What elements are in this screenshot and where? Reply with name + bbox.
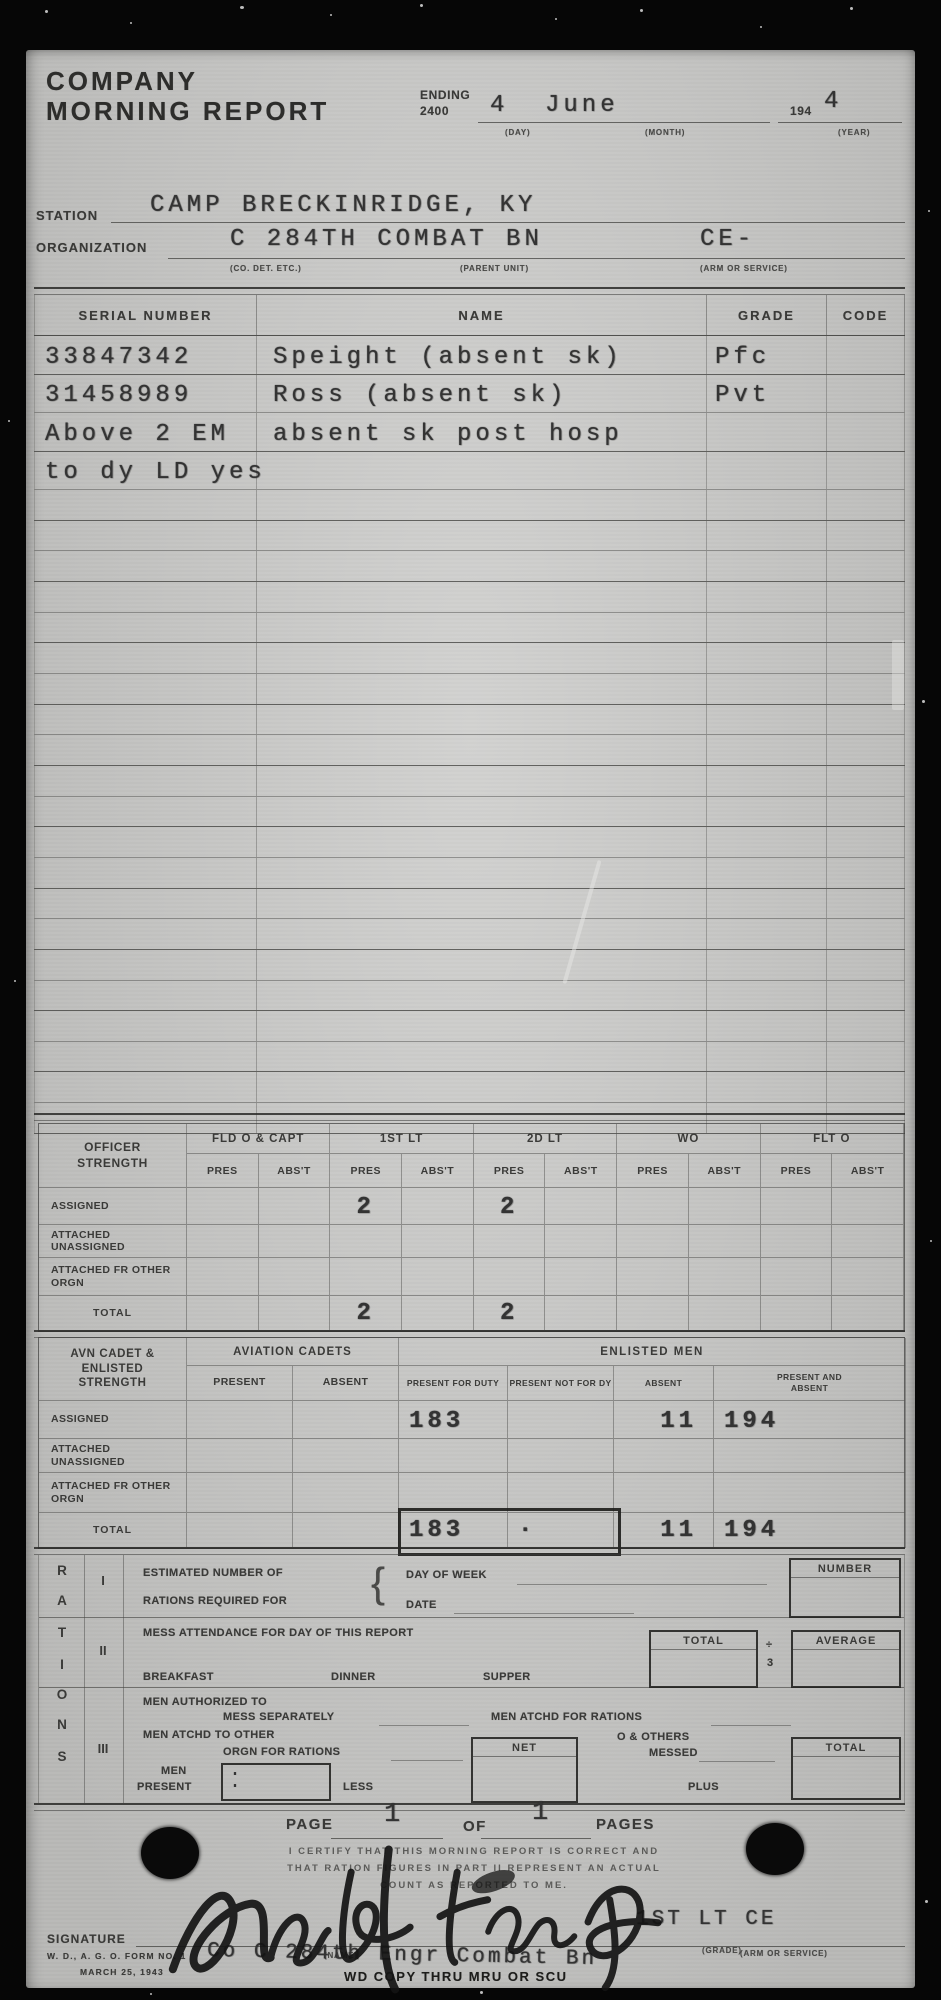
handwritten-signature	[155, 1840, 678, 1999]
messed-line	[699, 1761, 775, 1762]
header-double-rule	[34, 287, 905, 295]
parent-unit-label: (PARENT UNIT)	[460, 264, 529, 273]
roster-cell-grade	[707, 413, 827, 451]
officer-cell	[402, 1258, 474, 1296]
officer-group-header: WO	[617, 1124, 760, 1154]
rations-side-letter: A	[49, 1593, 75, 1608]
officer-cell	[689, 1225, 761, 1258]
orgn-for-rations-line	[391, 1760, 463, 1761]
men-atchd-rations-line	[711, 1725, 791, 1726]
rations-side-letter: O	[49, 1687, 75, 1702]
men-atchd-rations-label: MEN ATCHD FOR RATIONS	[491, 1711, 642, 1723]
arm-or-service-label: (ARM OR SERVICE)	[740, 1949, 828, 1958]
roster-cell-code	[827, 452, 905, 490]
officer-cell	[617, 1188, 689, 1225]
officer-cell	[402, 1225, 474, 1258]
enlisted-cell: 183	[399, 1401, 508, 1439]
mess-attendance-title: MESS ATTENDANCE FOR DAY OF THIS REPORT	[143, 1627, 414, 1639]
rations-side-letter: S	[49, 1749, 75, 1764]
enlisted-cell	[187, 1439, 293, 1473]
roster-empty-row	[34, 735, 905, 766]
enlisted-cell	[399, 1473, 508, 1513]
enlisted-cell: 11	[614, 1513, 714, 1548]
enlisted-cell	[187, 1401, 293, 1439]
roster-cell-code	[827, 858, 905, 888]
roster-cell-grade	[707, 613, 827, 643]
enlisted-cell	[293, 1473, 399, 1513]
officer-subheader: ABS'T	[832, 1154, 904, 1188]
film-speckle	[922, 700, 925, 703]
divide-sign: ÷	[766, 1639, 772, 1651]
roster-cell-name	[257, 582, 707, 612]
roster-cell-name	[257, 858, 707, 888]
roster-empty-row	[34, 827, 905, 858]
roster-cell-name	[257, 735, 707, 765]
enlisted-row-label: ATTACHED FR OTHER ORGN	[39, 1473, 187, 1513]
date-month-value: June	[545, 92, 619, 119]
roster-cell-serial	[34, 766, 257, 796]
roster-cell-name	[257, 950, 707, 980]
typed-entry: Pfc	[707, 344, 770, 374]
roster-cell-name: absent sk post hosp	[257, 413, 707, 451]
officer-cell	[259, 1296, 331, 1331]
average-box-label: AVERAGE	[793, 1632, 899, 1650]
rations-total-label: TOTAL	[793, 1739, 899, 1757]
form-date: MARCH 25, 1943	[80, 1967, 164, 1977]
roster-cell-code	[827, 766, 905, 796]
form-title-line1: COMPANY	[46, 66, 198, 97]
signature-label: SIGNATURE	[47, 1932, 126, 1946]
roster-cell-serial	[34, 1042, 257, 1072]
officer-subheader: PRES	[761, 1154, 833, 1188]
col-serial-number: SERIAL NUMBER	[78, 308, 212, 323]
number-box-label: NUMBER	[791, 1560, 899, 1578]
roster-cell-serial: 31458989	[34, 375, 257, 413]
roster-body: 33847342Speight (absent sk)Pfc31458989Ro…	[34, 336, 905, 1134]
film-speckle	[640, 9, 643, 12]
rations-total-box: TOTAL	[791, 1737, 901, 1800]
film-speckle	[240, 6, 244, 9]
officer-cell	[402, 1296, 474, 1331]
roster-cell-name	[257, 766, 707, 796]
organization-arm-value: CE-	[700, 226, 755, 253]
day-label: (DAY)	[505, 128, 530, 137]
enlisted-cell	[614, 1473, 714, 1513]
officer-row-label: ATTACHED FR OTHER ORGN	[39, 1258, 187, 1296]
roster-cell-serial	[34, 919, 257, 949]
film-speckle	[130, 22, 132, 24]
roster-cell-grade	[707, 1042, 827, 1072]
officer-cell	[689, 1258, 761, 1296]
roster-empty-row	[34, 889, 905, 920]
officer-cell: 2	[330, 1296, 402, 1331]
enlisted-cell: 194	[714, 1401, 906, 1439]
rations-numeral-3: III	[87, 1741, 119, 1756]
roster-cell-grade	[707, 1011, 827, 1041]
roster-cell-name	[257, 705, 707, 735]
mess-separately-label: MESS SEPARATELY	[223, 1711, 335, 1723]
men-atchd-other-line: MEN ATCHD TO OTHER	[143, 1729, 275, 1741]
roster-cell-code	[827, 1011, 905, 1041]
officer-subheader: PRES	[617, 1154, 689, 1188]
roster-empty-row	[34, 521, 905, 552]
roster-empty-row	[34, 582, 905, 613]
rations-col-line2	[123, 1555, 124, 1803]
arm-service-label: (ARM OR SERVICE)	[700, 264, 788, 273]
roster-cell-code	[827, 797, 905, 827]
roster-empty-row	[34, 551, 905, 582]
roster-cell-code	[827, 1072, 905, 1102]
roster-cell-grade	[707, 551, 827, 581]
roster-cell-name	[257, 1011, 707, 1041]
roster-cell-name	[257, 1042, 707, 1072]
typed-entry: 31458989	[35, 382, 192, 412]
roster-empty-row	[34, 1072, 905, 1103]
year-typed: 4	[824, 88, 842, 115]
col-name: NAME	[458, 308, 504, 323]
officer-cell	[832, 1296, 904, 1331]
messed-label: MESSED	[649, 1747, 698, 1759]
roster-cell-grade	[707, 490, 827, 520]
enlisted-cell	[293, 1401, 399, 1439]
typed-entry: Above 2 EM	[35, 421, 229, 451]
officer-cell	[689, 1188, 761, 1225]
typed-entry: ·	[518, 1517, 536, 1547]
officer-group-header: 1ST LT	[330, 1124, 473, 1154]
organization-underline	[168, 258, 905, 259]
year-underline	[778, 122, 902, 123]
rations-top-rule	[34, 1547, 905, 1555]
roster-cell-name	[257, 1072, 707, 1102]
organization-value: C 284TH COMBAT BN	[230, 226, 543, 253]
roster-cell-grade	[707, 582, 827, 612]
rations-col-line1	[84, 1555, 85, 1803]
officer-cell: 2	[474, 1188, 546, 1225]
rations-row2-divider	[39, 1687, 904, 1688]
roster-cell-code	[827, 521, 905, 551]
officer-cell: 2	[330, 1188, 402, 1225]
roster-cell-serial	[34, 674, 257, 704]
roster-cell-code	[827, 490, 905, 520]
roster-cell-code	[827, 919, 905, 949]
film-speckle	[420, 4, 423, 7]
enlisted-cell	[508, 1473, 614, 1513]
roster-empty-row	[34, 766, 905, 797]
date-label: DATE	[406, 1599, 437, 1611]
roster-empty-row	[34, 981, 905, 1012]
officer-cell	[617, 1296, 689, 1331]
officer-cell	[402, 1188, 474, 1225]
film-speckle	[925, 1900, 928, 1903]
officer-cell	[761, 1188, 833, 1225]
roster-cell-grade	[707, 950, 827, 980]
present-word: PRESENT	[137, 1781, 192, 1793]
month-label: (MONTH)	[645, 128, 685, 137]
roster-cell-serial	[34, 551, 257, 581]
roster-cell-serial	[34, 1072, 257, 1102]
breakfast-label: BREAKFAST	[143, 1671, 214, 1683]
o-others-label: O & OTHERS	[617, 1731, 689, 1743]
roster-cell-name	[257, 797, 707, 827]
roster-cell-code	[827, 375, 905, 413]
enlisted-strength-title: AVN CADET & ENLISTED STRENGTH	[39, 1338, 187, 1401]
enlisted-men-header: ENLISTED MEN	[399, 1338, 906, 1366]
rations-row1-line1: ESTIMATED NUMBER OF	[143, 1567, 283, 1579]
officer-cell	[545, 1258, 617, 1296]
date-line	[454, 1613, 634, 1614]
officer-cell	[187, 1296, 259, 1331]
film-speckle	[150, 1993, 152, 1995]
enlisted-cell: 11	[614, 1401, 714, 1439]
roster-cell-grade	[707, 643, 827, 673]
film-speckle	[480, 1991, 483, 1994]
roster-cell-grade: Pfc	[707, 336, 827, 374]
typed-entry: 11	[660, 1517, 697, 1547]
pages-value: 1	[532, 1798, 552, 1828]
roster-cell-name	[257, 889, 707, 919]
typed-entry: 194	[724, 1408, 779, 1438]
roster-cell-serial	[34, 705, 257, 735]
roster-cell-grade	[707, 1072, 827, 1102]
ending-time: 2400	[420, 104, 449, 118]
enlisted-cell	[399, 1439, 508, 1473]
rations-side-letter: I	[49, 1657, 75, 1672]
roster-cell-code	[827, 981, 905, 1011]
roster-cell-grade	[707, 452, 827, 490]
officer-cell	[259, 1258, 331, 1296]
enlisted-cell	[508, 1439, 614, 1473]
roster-cell-serial	[34, 858, 257, 888]
rations-bottom-rule	[34, 1803, 905, 1811]
divide-three: 3	[767, 1657, 774, 1669]
officer-cell	[617, 1258, 689, 1296]
ending-label: ENDING	[420, 88, 470, 102]
mess-separately-line	[379, 1725, 469, 1726]
officer-cell	[330, 1258, 402, 1296]
typed-entry: 183	[409, 1517, 464, 1547]
roster-cell-name	[257, 490, 707, 520]
enlisted-cell	[714, 1439, 906, 1473]
roster-cell-grade	[707, 919, 827, 949]
roster-empty-row	[34, 919, 905, 950]
roster-empty-row	[34, 490, 905, 521]
roster-cell-serial	[34, 490, 257, 520]
roster-cell-code	[827, 1042, 905, 1072]
typed-entry: absent sk post hosp	[257, 421, 623, 451]
officer-cell	[187, 1225, 259, 1258]
men-authorized-line: MEN AUTHORIZED TO	[143, 1696, 267, 1708]
typed-entry: 2	[500, 1194, 518, 1224]
film-speckle	[928, 210, 930, 212]
typed-entry: 183	[409, 1408, 464, 1438]
enlisted-row-label: TOTAL	[39, 1513, 187, 1548]
dinner-label: DINNER	[331, 1671, 376, 1683]
scanned-morning-report: { "form": { "title_line1": "COMPANY", "t…	[0, 0, 941, 2000]
officer-cell	[187, 1258, 259, 1296]
roster-cell-serial	[34, 735, 257, 765]
officer-subheader: ABS'T	[545, 1154, 617, 1188]
roster-cell-name: Speight (absent sk)	[257, 336, 707, 374]
typed-entry: 2	[357, 1194, 375, 1224]
rations-row1-line2: RATIONS REQUIRED FOR	[143, 1595, 287, 1607]
grade-label: (GRADE)	[702, 1946, 742, 1955]
officer-subheader: PRES	[474, 1154, 546, 1188]
roster-cell-code	[827, 950, 905, 980]
enlisted-row-label: ASSIGNED	[39, 1401, 187, 1439]
date-underline	[478, 122, 770, 123]
roster-cell-name	[257, 521, 707, 551]
rations-side-letter: R	[49, 1563, 75, 1578]
roster-cell-serial	[34, 643, 257, 673]
officer-double-rule	[34, 1113, 905, 1121]
enlisted-cell: 183	[399, 1513, 508, 1548]
typed-entry: 2	[500, 1300, 518, 1330]
year-printed: 194	[790, 104, 812, 118]
pages-label: PAGES	[596, 1816, 655, 1833]
enlisted-cell	[614, 1439, 714, 1473]
officer-group-header: FLT O	[761, 1124, 904, 1154]
roster-cell-name	[257, 674, 707, 704]
roster-cell-code	[827, 582, 905, 612]
roster-cell-code	[827, 827, 905, 857]
enlisted-cell	[293, 1439, 399, 1473]
roster-cell-grade	[707, 766, 827, 796]
roster-cell-code	[827, 735, 905, 765]
roster-cell-serial: 33847342	[34, 336, 257, 374]
day-of-week-line	[517, 1584, 767, 1585]
year-label: (YEAR)	[838, 128, 870, 137]
officer-cell	[545, 1188, 617, 1225]
typed-entry: 33847342	[35, 344, 192, 374]
film-speckle	[850, 7, 853, 10]
roster-cell-code	[827, 551, 905, 581]
net-box-label: NET	[473, 1739, 576, 1757]
pages-underline	[481, 1838, 591, 1839]
enlisted-cell: 194	[714, 1513, 906, 1548]
roster-empty-row	[34, 858, 905, 889]
officer-cell	[545, 1296, 617, 1331]
roster-cell-serial	[34, 521, 257, 551]
roster-cell-grade	[707, 981, 827, 1011]
roster-row: 33847342Speight (absent sk)Pfc	[34, 336, 905, 375]
net-box: NET	[471, 1737, 578, 1803]
officer-cell	[689, 1296, 761, 1331]
roster-cell-grade	[707, 735, 827, 765]
men-present-marks: ··	[229, 1769, 239, 1793]
film-speckle	[555, 18, 557, 20]
officer-group-header: 2D LT	[474, 1124, 617, 1154]
officer-row-label: ATTACHED UNASSIGNED	[39, 1225, 187, 1258]
enlisted-subheader: PRESENT NOT FOR DY	[508, 1366, 614, 1401]
co-det-label: (CO. DET. ETC.)	[230, 264, 302, 273]
roster-cell-serial	[34, 582, 257, 612]
officer-cell	[187, 1188, 259, 1225]
roster-cell-name	[257, 827, 707, 857]
station-value: CAMP BRECKINRIDGE, KY	[150, 192, 536, 219]
roster-cell-serial	[34, 827, 257, 857]
mess-total-label: TOTAL	[651, 1632, 756, 1650]
officer-cell	[761, 1225, 833, 1258]
station-label: STATION	[36, 208, 98, 223]
film-speckle	[330, 14, 332, 16]
typed-entry: Speight (absent sk)	[257, 344, 623, 374]
roster-cell-grade	[707, 521, 827, 551]
roster-header-row: SERIAL NUMBER NAME GRADE CODE	[34, 295, 905, 336]
brace-glyph: {	[371, 1559, 386, 1607]
enlisted-cell	[508, 1401, 614, 1439]
orgn-for-rations-label: ORGN FOR RATIONS	[223, 1746, 340, 1758]
roster-cell-name	[257, 981, 707, 1011]
roster-cell-name	[257, 551, 707, 581]
number-box: NUMBER	[789, 1558, 901, 1618]
mess-total-box: TOTAL	[649, 1630, 758, 1688]
roster-empty-row	[34, 1042, 905, 1073]
roster-cell-code	[827, 613, 905, 643]
enlisted-cell: ·	[508, 1513, 614, 1548]
roster-empty-row	[34, 797, 905, 828]
officer-cell	[330, 1225, 402, 1258]
rations-numeral-1: I	[87, 1573, 119, 1588]
roster-cell-grade	[707, 797, 827, 827]
officer-subheader: ABS'T	[689, 1154, 761, 1188]
officer-cell	[545, 1225, 617, 1258]
typed-entry: Ross (absent sk)	[257, 382, 567, 412]
roster-cell-serial	[34, 613, 257, 643]
officer-cell	[832, 1258, 904, 1296]
average-box: AVERAGE	[791, 1630, 901, 1688]
roster-empty-row	[34, 613, 905, 644]
rations-section: RATIONS I II III ESTIMATED NUMBER OF RAT…	[38, 1555, 905, 1803]
enlisted-cell	[293, 1513, 399, 1548]
roster-empty-row	[34, 950, 905, 981]
punch-hole-right	[746, 1823, 804, 1875]
roster-cell-name: Ross (absent sk)	[257, 375, 707, 413]
supper-label: SUPPER	[483, 1671, 531, 1683]
scan-smudge	[892, 640, 904, 710]
roster-cell-serial	[34, 981, 257, 1011]
less-label: LESS	[343, 1781, 373, 1793]
film-speckle	[8, 420, 10, 422]
film-speckle	[14, 980, 16, 982]
roster-cell-name	[257, 613, 707, 643]
roster-cell-grade	[707, 858, 827, 888]
roster-cell-grade	[707, 674, 827, 704]
enlisted-subheader: PRESENT	[187, 1366, 293, 1401]
enlisted-cell	[714, 1473, 906, 1513]
station-underline	[111, 222, 905, 223]
officer-cell	[474, 1258, 546, 1296]
organization-label: ORGANIZATION	[36, 240, 147, 255]
enlisted-cell	[187, 1473, 293, 1513]
roster-cell-serial	[34, 889, 257, 919]
enlisted-subheader: ABSENT	[614, 1366, 714, 1401]
typed-entry: 2	[357, 1300, 375, 1330]
typed-entry: Pvt	[707, 382, 770, 412]
page-label: PAGE	[286, 1816, 333, 1833]
officer-cell	[259, 1188, 331, 1225]
roster-cell-grade	[707, 705, 827, 735]
aviation-cadets-header: AVIATION CADETS	[187, 1338, 399, 1366]
officer-subheader: ABS'T	[259, 1154, 331, 1188]
film-speckle	[760, 26, 762, 28]
officer-cell: 2	[474, 1296, 546, 1331]
roster-cell-serial: to dy LD yes	[34, 452, 257, 490]
rations-side-letter: N	[49, 1717, 75, 1732]
roster-row: to dy LD yes	[34, 452, 905, 491]
page-underline	[331, 1838, 443, 1839]
officer-subheader: PRES	[330, 1154, 402, 1188]
film-speckle	[930, 1240, 932, 1242]
